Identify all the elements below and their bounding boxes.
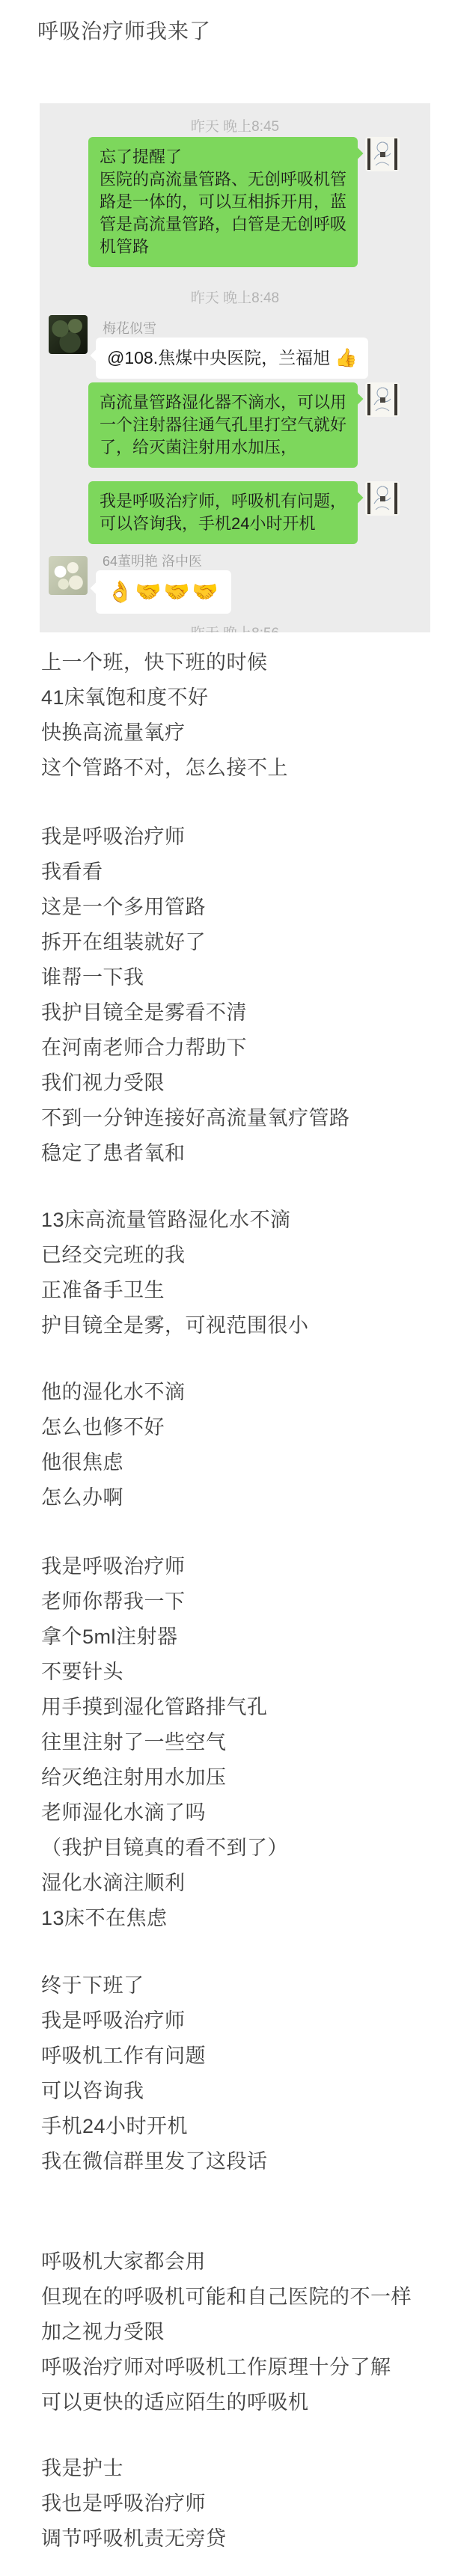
article-paragraph: 13床高流量管路湿化水不滴已经交完班的我正准备手卫生护目镜全是雾，可视范围很小: [41, 1203, 434, 1343]
article-line: 往里注射了一些空气: [41, 1725, 434, 1760]
article-line: 老师你帮我一下: [41, 1584, 434, 1620]
article-line: 我在微信群里发了这段话: [41, 2144, 434, 2179]
article-line: 用手摸到湿化管路排气孔: [41, 1690, 434, 1725]
article-line: 不要针头: [41, 1655, 434, 1690]
article-line: 41床氧饱和度不好: [41, 680, 434, 715]
article-line: 给灭绝注射用水加压: [41, 1760, 434, 1795]
article-line: 终于下班了: [41, 1968, 434, 2003]
article-line: 但现在的呼吸机可能和自己医院的不一样: [41, 2280, 434, 2315]
article-paragraph: 我是呼吸治疗师老师你帮我一下拿个5ml注射器不要针头用手摸到湿化管路排气孔往里注…: [41, 1549, 434, 1936]
article-line: 正准备手卫生: [41, 1273, 434, 1308]
article-line: 怎么也修不好: [41, 1410, 434, 1445]
article-line: 拿个5ml注射器: [41, 1620, 434, 1655]
article: 上一个班，快下班的时候41床氧饱和度不好快换高流量氧疗这个管路不对，怎么接不上我…: [0, 0, 449, 2576]
article-line: 调节呼吸机责无旁贷: [41, 2521, 434, 2557]
article-line: 在河南老师合力帮助下: [41, 1031, 434, 1066]
article-line: 他很焦虑: [41, 1445, 434, 1480]
article-line: 这个管路不对，怎么接不上: [41, 751, 434, 786]
article-line: 加之视力受限: [41, 2315, 434, 2350]
article-line: （我护目镜真的看不到了）: [41, 1831, 434, 1866]
article-line: 我是呼吸治疗师: [41, 820, 434, 855]
article-line: 呼吸治疗师对呼吸机工作原理十分了解: [41, 2350, 434, 2385]
article-paragraph: 上一个班，快下班的时候41床氧饱和度不好快换高流量氧疗这个管路不对，怎么接不上: [41, 645, 434, 786]
article-line: 上一个班，快下班的时候: [41, 645, 434, 680]
article-line: 我是呼吸治疗师: [41, 1549, 434, 1584]
article-line: 谁帮一下我: [41, 960, 434, 995]
article-line: 13床高流量管路湿化水不滴: [41, 1203, 434, 1238]
article-line: 可以更快的适应陌生的呼吸机: [41, 2385, 434, 2420]
article-line: 我是呼吸治疗师: [41, 2003, 434, 2039]
article-paragraph: 呼吸机大家都会用但现在的呼吸机可能和自己医院的不一样加之视力受限呼吸治疗师对呼吸…: [41, 2244, 434, 2420]
article-line: 我是护士: [41, 2451, 434, 2486]
article-line: 他的湿化水不滴: [41, 1375, 434, 1410]
article-line: 怎么办啊: [41, 1480, 434, 1516]
article-paragraph: 我是呼吸治疗师我看看这是一个多用管路拆开在组装就好了谁帮一下我我护目镜全是雾看不…: [41, 820, 434, 1171]
article-line: 这是一个多用管路: [41, 890, 434, 925]
article-line: 已经交完班的我: [41, 1238, 434, 1273]
article-line: 护目镜全是雾，可视范围很小: [41, 1308, 434, 1343]
article-page: 呼吸治疗师我来了 昨天 晚上8:45 忘了提醒了 医院的高流量管路、无创呼吸机管…: [0, 0, 449, 2576]
article-line: 手机24小时开机: [41, 2109, 434, 2144]
article-paragraph: 我是护士我也是呼吸治疗师调节呼吸机责无旁贷: [41, 2451, 434, 2557]
article-line: 呼吸机大家都会用: [41, 2244, 434, 2280]
article-line: 快换高流量氧疗: [41, 715, 434, 751]
article-line: 可以咨询我: [41, 2074, 434, 2109]
article-line: 不到一分钟连接好高流量氧疗管路: [41, 1101, 434, 1136]
article-line: 稳定了患者氧和: [41, 1136, 434, 1171]
article-line: 我们视力受限: [41, 1066, 434, 1101]
article-line: 老师湿化水滴了吗: [41, 1795, 434, 1831]
article-line: 呼吸机工作有问题: [41, 2039, 434, 2074]
article-paragraph: 他的湿化水不滴怎么也修不好他很焦虑怎么办啊: [41, 1375, 434, 1516]
article-line: 我也是呼吸治疗师: [41, 2486, 434, 2521]
article-line: 13床不在焦虑: [41, 1901, 434, 1936]
article-line: 拆开在组装就好了: [41, 925, 434, 960]
article-line: 我看看: [41, 855, 434, 890]
article-paragraph: 终于下班了我是呼吸治疗师呼吸机工作有问题可以咨询我手机24小时开机我在微信群里发…: [41, 1968, 434, 2179]
article-line: 湿化水滴注顺利: [41, 1866, 434, 1901]
article-line: 我护目镜全是雾看不清: [41, 995, 434, 1031]
